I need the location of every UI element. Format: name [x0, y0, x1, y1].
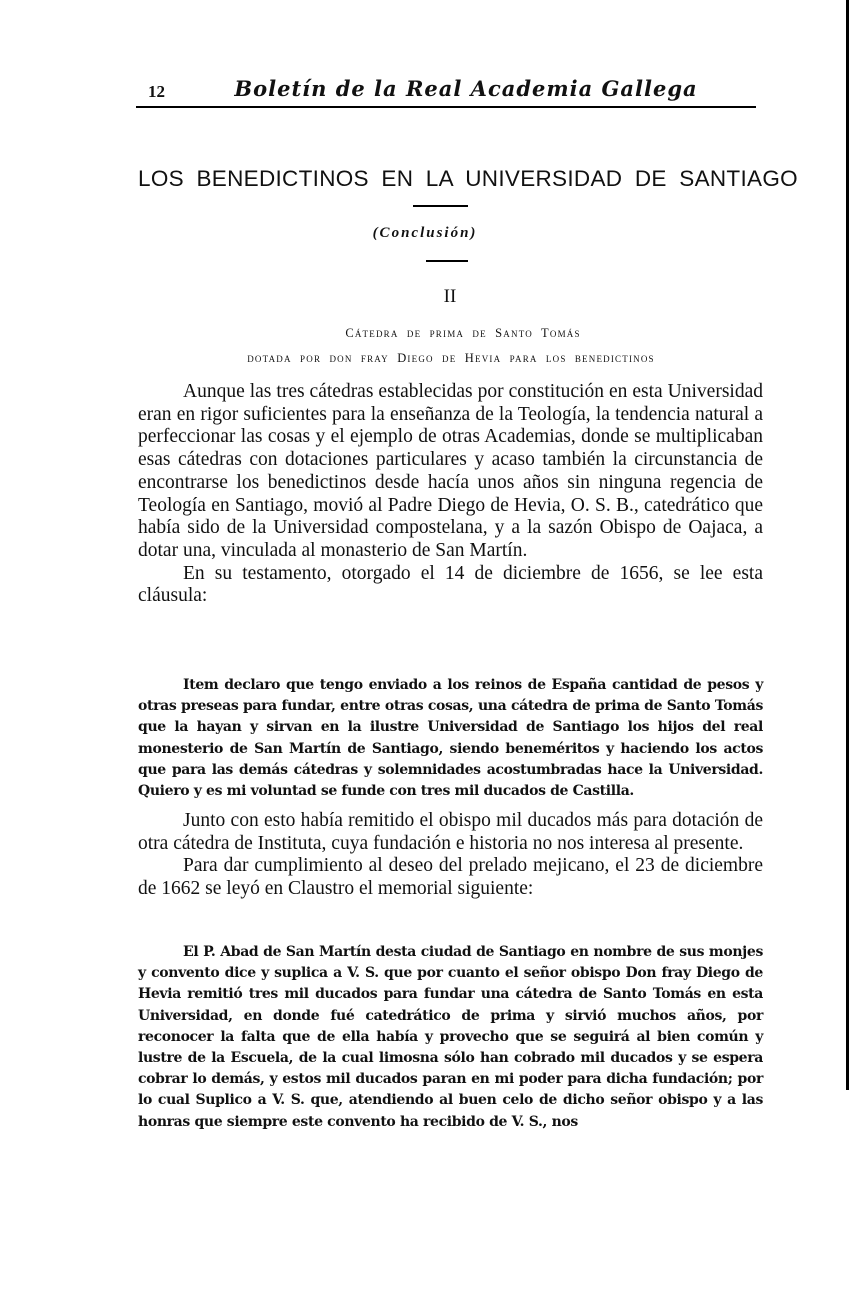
scan-edge-line [846, 0, 849, 1090]
section-number: II [0, 286, 850, 308]
body-block-2: Junto con esto había remitido el obispo … [138, 810, 763, 901]
section-heading-line2: dotada por don fray Diego de Hevia para … [136, 351, 766, 366]
block-quote-testament: Item declaro que tengo enviado a los rei… [138, 675, 763, 802]
running-head: 12 Boletín de la Real Academia Gallega [136, 74, 756, 106]
subtitle-separator [426, 260, 468, 262]
header-rule [136, 106, 756, 108]
quote-paragraph: Item declaro que tengo enviado a los rei… [138, 675, 763, 802]
paragraph: Junto con esto había remitido el obispo … [138, 810, 763, 855]
journal-title: Boletín de la Real Academia Gallega [136, 76, 756, 101]
paragraph: Para dar cumplimiento al deseo del prela… [138, 855, 763, 900]
paragraph: Aunque las tres cátedras establecidas po… [138, 381, 763, 563]
article-subtitle: (Conclusión) [0, 225, 850, 242]
quote-paragraph: El P. Abad de San Martín desta ciudad de… [138, 942, 763, 1133]
block-quote-memorial: El P. Abad de San Martín desta ciudad de… [138, 942, 763, 1133]
article-title: LOS BENEDICTINOS EN LA UNIVERSIDAD DE SA… [138, 166, 760, 192]
section-heading-line1: Cátedra de prima de Santo Tomás [148, 326, 778, 341]
title-separator [413, 205, 468, 207]
body-block-1: Aunque las tres cátedras establecidas po… [138, 381, 763, 608]
paragraph: En su testamento, otorgado el 14 de dici… [138, 563, 763, 608]
